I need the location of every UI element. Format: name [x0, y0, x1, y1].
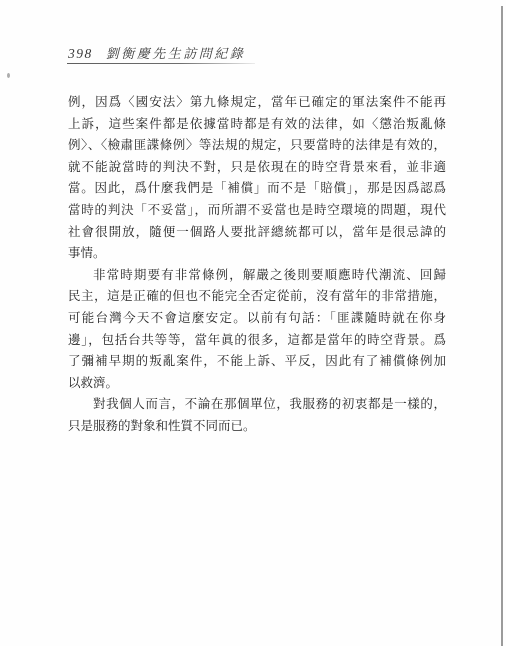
text-line: 只是服務的對象和性質不同而已。	[68, 416, 446, 438]
header-rule	[67, 63, 255, 64]
scan-speck-artifact	[7, 73, 10, 78]
text-line: 以救濟。	[68, 373, 446, 395]
text-line: 邊」，包括台共等等，當年眞的很多，這都是當年的時空背景。爲	[68, 330, 446, 352]
text-line: 上訴，這些案件都是依據當時都是有效的法律，如〈懲治叛亂條	[68, 114, 446, 136]
text-line: 民主，這是正確的但也不能完全否定從前，沒有當年的非常措施，	[68, 286, 446, 308]
text-line: 對我個人而言，不論在那個單位，我服務的初衷都是一樣的，	[68, 394, 446, 416]
page-number: 398	[68, 46, 93, 62]
book-title: 劉衡慶先生訪問紀錄	[106, 43, 246, 62]
text-line: 就不能說當時的判決不對，只是依現在的時空背景來看，並非適	[68, 157, 446, 179]
running-header: 398 劉衡慶先生訪問紀錄	[68, 43, 245, 62]
book-page: 398 劉衡慶先生訪問紀錄 例，因爲〈國安法〉第九條規定，當年已確定的軍法案件不…	[0, 0, 506, 646]
text-line: 例，因爲〈國安法〉第九條規定，當年已確定的軍法案件不能再	[68, 92, 446, 114]
text-line: 社會很開放，隨便一個路人要批評總統都可以，當年是很忌諱的	[68, 222, 446, 244]
text-line: 事情。	[68, 243, 446, 265]
body-text: 例，因爲〈國安法〉第九條規定，當年已確定的軍法案件不能再上訴，這些案件都是依據當…	[68, 92, 446, 438]
text-line: 例〉、〈檢肅匪諜條例〉等法規的規定，只要當時的法律是有效的，	[68, 135, 446, 157]
text-line: 當時的判決「不妥當」，而所謂不妥當也是時空環境的問題，現代	[68, 200, 446, 222]
text-line: 了彌補早期的叛亂案件，不能上訴、平反，因此有了補償條例加	[68, 351, 446, 373]
text-line: 當。因此，爲什麼我們是「補償」而不是「賠償」，那是因爲認爲	[68, 178, 446, 200]
text-line: 非常時期要有非常條例，解嚴之後則要順應時代潮流、回歸	[68, 265, 446, 287]
scan-edge-line	[501, 6, 503, 646]
text-line: 可能台灣今天不會這麼安定。以前有句話：「匪諜隨時就在你身	[68, 308, 446, 330]
